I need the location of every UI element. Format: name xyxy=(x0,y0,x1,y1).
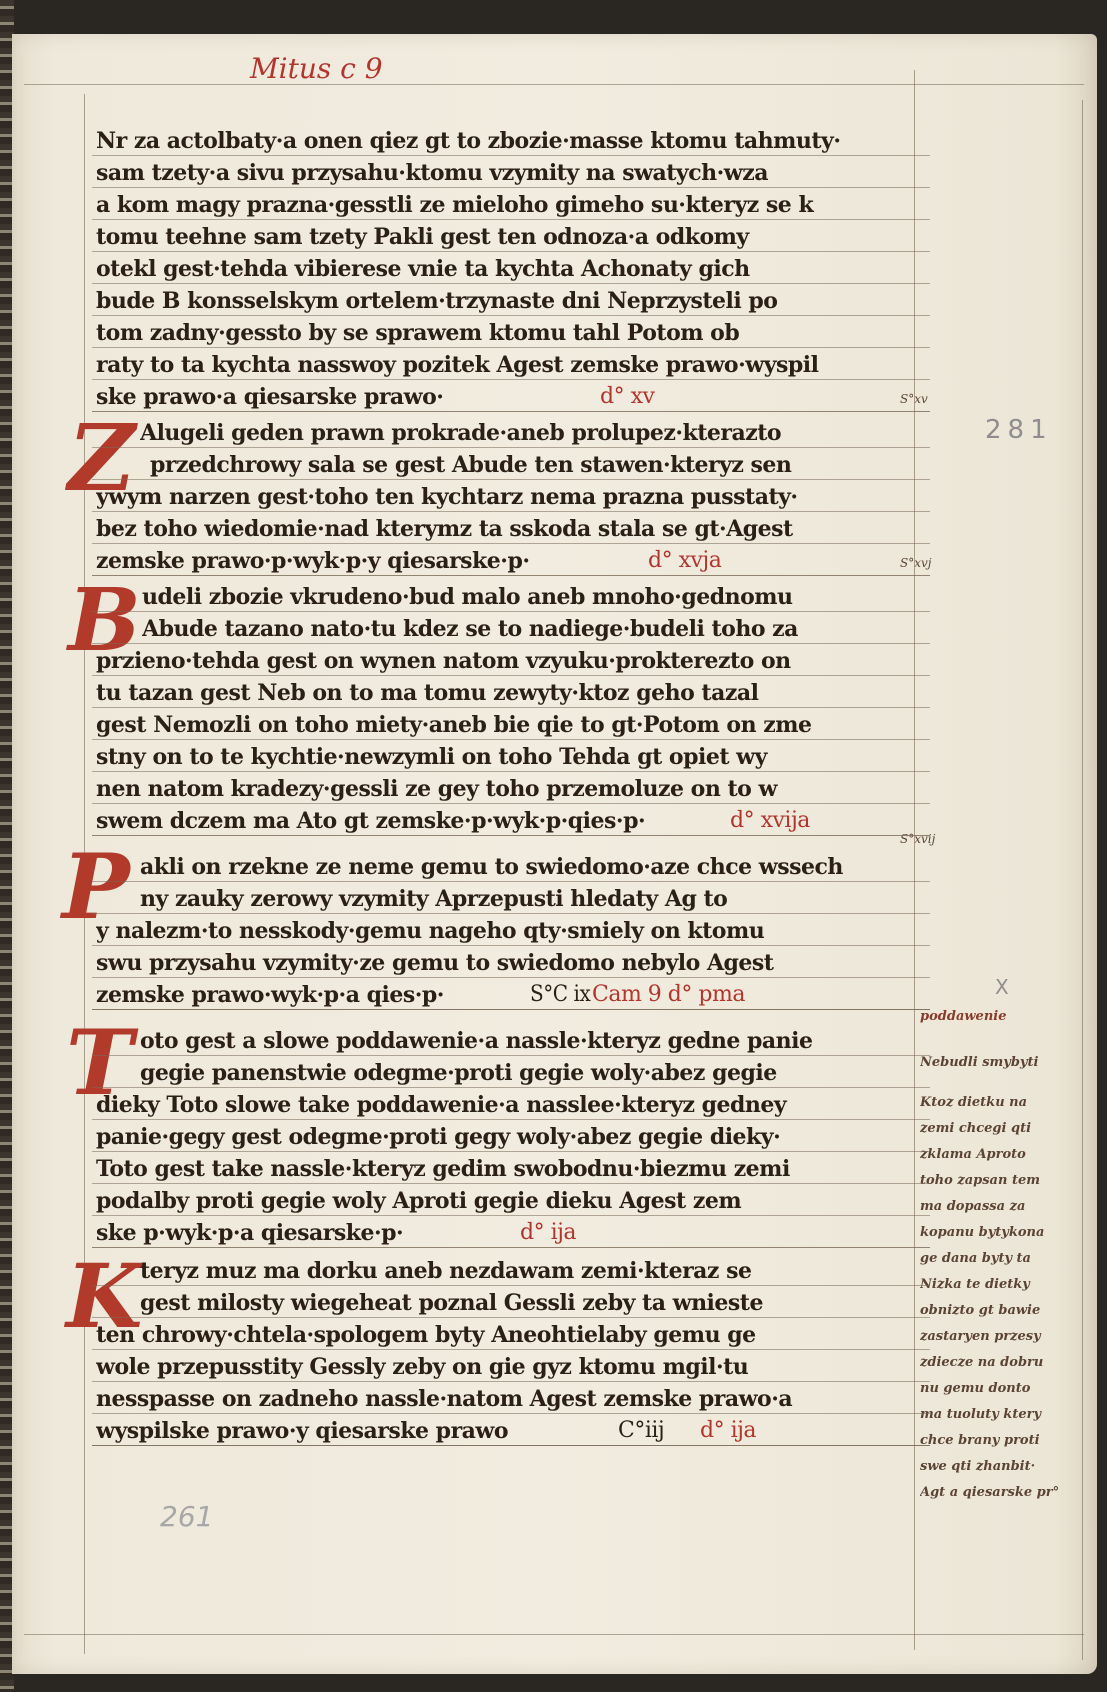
ruling-line xyxy=(92,1381,930,1382)
ruling-line xyxy=(92,643,930,644)
ruling-line xyxy=(92,1445,930,1446)
ruling-line xyxy=(92,977,930,978)
margin-note-line: chce brany proti xyxy=(920,1428,1100,1454)
ruling-line xyxy=(92,1215,930,1216)
ruling-line xyxy=(92,1087,930,1088)
ruling-line xyxy=(92,803,930,804)
text-line: przieno·tehda gest on wynen natom vzyuku… xyxy=(96,646,926,676)
margin-note-line: zdiecze na dobru xyxy=(920,1350,1100,1376)
text-line: przedchrowy sala se gest Abude ten stawe… xyxy=(150,450,930,480)
rubric-section-mark: S°C ix xyxy=(530,980,585,1010)
text-line: gest milosty wiegeheat poznal Gessli zeb… xyxy=(140,1288,930,1318)
ruling-line xyxy=(92,707,930,708)
ruling-line xyxy=(92,739,930,740)
text-line: stny on to te kychtie·newzymli on toho T… xyxy=(96,742,926,772)
ruling-line xyxy=(92,479,930,480)
ruling-line xyxy=(92,945,930,946)
text-line: zemske prawo·p·wyk·p·y qiesarske·p· xyxy=(96,546,616,576)
ruling-line xyxy=(92,411,930,412)
text-line: a kom magy prazna·gesstli ze mieloho gim… xyxy=(96,190,926,220)
text-line: swem dczem ma Ato gt zemske·p·wyk·p·qies… xyxy=(96,806,686,836)
text-line: sam tzety·a sivu przysahu·ktomu vzymity … xyxy=(96,158,926,188)
rubric-chapter-ref: d° ija xyxy=(520,1218,660,1248)
ruling-line xyxy=(92,1055,930,1056)
ruling-line xyxy=(92,283,930,284)
margin-note-line: Ktoz dietku na xyxy=(920,1090,1100,1116)
text-line: nen natom kradezy·gessli ze gey toho prz… xyxy=(96,774,926,804)
rubric-section-mark: C°iij xyxy=(618,1416,678,1446)
ruling-line xyxy=(92,881,930,882)
ruling-line xyxy=(92,1119,930,1120)
ruling-line xyxy=(92,1285,930,1286)
ruling-line xyxy=(92,155,930,156)
text-line: Toto gest take nassle·kteryz gedim swobo… xyxy=(96,1154,926,1184)
pencil-note: 261 xyxy=(160,1500,213,1533)
bottom-rule xyxy=(24,1634,1084,1635)
ruling-line xyxy=(92,835,930,836)
text-line: swu przysahu vzymity·ze gemu to swiedomo… xyxy=(96,948,926,978)
margin-note-line: toho zapsan tem xyxy=(920,1168,1100,1194)
margin-note-line: zastaryen przesy xyxy=(920,1324,1100,1350)
folio-number: 281 xyxy=(985,415,1053,445)
margin-note-line: nu gemu donto xyxy=(920,1376,1100,1402)
text-line: nesspasse on zadneho nassle·natom Agest … xyxy=(96,1384,926,1414)
ruling-line xyxy=(92,1009,930,1010)
margin-note-line: poddawenie xyxy=(920,1004,1100,1030)
ruling-line xyxy=(92,347,930,348)
margin-note-line: Nizka te dietky xyxy=(920,1272,1100,1298)
text-line: Alugeli geden prawn prokrade·aneb prolup… xyxy=(140,418,930,448)
text-line: dieky Toto slowe take poddawenie·a nassl… xyxy=(96,1090,926,1120)
ruling-line xyxy=(92,543,930,544)
margin-note-line: zklama Aproto xyxy=(920,1142,1100,1168)
margin-note-line: kopanu bytykona xyxy=(920,1220,1100,1246)
margin-ref: S°xv xyxy=(900,392,928,406)
text-line: tu tazan gest Neb on to ma tomu zewyty·k… xyxy=(96,678,926,708)
text-line: gegie panenstwie odegme·proti gegie woly… xyxy=(140,1058,930,1088)
ruling-line xyxy=(92,187,930,188)
margin-note-line: ma dopassa za xyxy=(920,1194,1100,1220)
ruling-line xyxy=(92,1317,930,1318)
text-line: wole przepusstity Gessly zeby on gie gyz… xyxy=(96,1352,926,1382)
margin-note-line: obnizto gt bawie xyxy=(920,1298,1100,1324)
text-line: teryz muz ma dorku aneb nezdawam zemi·kt… xyxy=(140,1256,930,1286)
text-line: Nr za actolbaty·a onen qiez gt to zbozie… xyxy=(96,126,926,156)
ruling-line xyxy=(92,913,930,914)
ruling-line xyxy=(92,379,930,380)
ruling-line xyxy=(92,1183,930,1184)
rubric-chapter-ref: d° xv xyxy=(600,382,720,412)
ruling-line xyxy=(92,1151,930,1152)
margin-note-line: ma tuoluty ktery xyxy=(920,1402,1100,1428)
ruling-line xyxy=(92,1413,930,1414)
text-line: podalby proti gegie woly Aproti gegie di… xyxy=(96,1186,926,1216)
text-line: tomu teehne sam tzety Pakli gest ten odn… xyxy=(96,222,926,252)
rubric-chapter-ref: d° xvja xyxy=(648,546,788,576)
text-line: otekl gest·tehda vibierese vnie ta kycht… xyxy=(96,254,926,284)
ruling-line xyxy=(92,1247,930,1248)
ruling-line xyxy=(92,771,930,772)
text-line: bude B konsselskym ortelem·trzynaste dni… xyxy=(96,286,926,316)
text-line: ywym narzen gest·toho ten kychtarz nema … xyxy=(96,482,926,512)
text-line: bez toho wiedomie·nad kterymz ta sskoda … xyxy=(96,514,926,544)
text-line: raty to ta kychta nasswoy pozitek Agest … xyxy=(96,350,926,380)
margin-note-line: ge dana byty ta xyxy=(920,1246,1100,1272)
running-head: Mitus c 9 xyxy=(250,52,383,85)
rubric-chapter-ref: d° xvija xyxy=(730,806,870,836)
text-line: akli on rzekne ze neme gemu to swiedomo·… xyxy=(140,852,930,882)
rubric-chapter-ref: Cam 9 d° pma xyxy=(592,980,842,1010)
text-line: wyspilske prawo·y qiesarske prawo xyxy=(96,1416,616,1446)
ruling-line xyxy=(92,611,930,612)
text-line: udeli zbozie vkrudeno·bud malo aneb mnoh… xyxy=(142,582,932,612)
text-line: Abude tazano nato·tu kdez se to nadiege·… xyxy=(142,614,932,644)
text-line: ny zauky zerowy vzymity Aprzepusti hleda… xyxy=(140,884,930,914)
top-rule xyxy=(24,84,1084,85)
text-line: ske prawo·a qiesarske prawo· xyxy=(96,382,536,412)
ruling-line xyxy=(92,675,930,676)
margin-note-line: Agt a qiesarske pr° xyxy=(920,1480,1100,1506)
ruling-line xyxy=(92,575,930,576)
text-line: panie·gegy gest odegme·proti gegy woly·a… xyxy=(96,1122,926,1152)
text-line: gest Nemozli on toho miety·aneb bie qie … xyxy=(96,710,926,740)
margin-ref: S°xvj xyxy=(900,556,932,570)
text-line: y nalezm·to nesskody·gemu nageho qty·smi… xyxy=(96,916,926,946)
ruling-line xyxy=(92,219,930,220)
margin-note-line: swe qti zhanbit· xyxy=(920,1454,1100,1480)
ruling-line xyxy=(92,315,930,316)
text-line: ten chrowy·chtela·spologem byty Aneohtie… xyxy=(96,1320,926,1350)
text-line: tom zadny·gessto by se sprawem ktomu tah… xyxy=(96,318,926,348)
ruling-line xyxy=(92,251,930,252)
margin-note-line: Nebudli smybyti xyxy=(920,1050,1100,1076)
text-line: zemske prawo·wyk·p·a qies·p· xyxy=(96,980,526,1010)
ruling-line xyxy=(92,447,930,448)
ruling-line xyxy=(92,511,930,512)
quire-mark: X xyxy=(995,975,1009,999)
ruling-line xyxy=(92,1349,930,1350)
text-line: ske p·wyk·p·a qiesarske·p· xyxy=(96,1218,486,1248)
text-line: oto gest a slowe poddawenie·a nassle·kte… xyxy=(140,1026,930,1056)
margin-note-line: zemi chcegi qti xyxy=(920,1116,1100,1142)
rubric-chapter-ref: d° ija xyxy=(700,1416,820,1446)
